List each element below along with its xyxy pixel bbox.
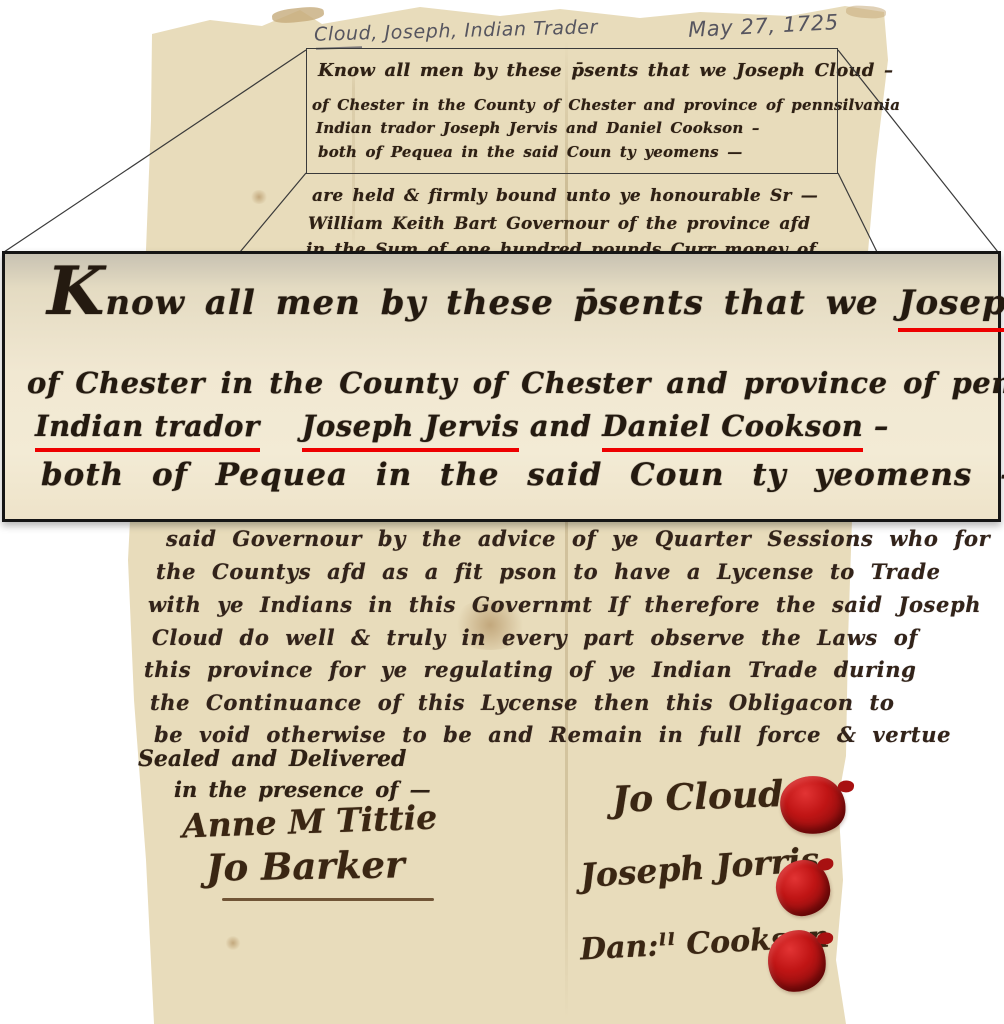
paper-stain [250, 190, 268, 204]
underlined-name-daniel-cookson: Daniel Cookson [602, 409, 863, 452]
magnified-text: Know all men by these p̄sents that we [47, 283, 898, 323]
magnifier-inset: Know all men by these p̄sents that we Jo… [2, 251, 1001, 522]
underlined-name-joseph-cloud: Joseph Cloud [898, 283, 1004, 332]
magnified-line: Know all men by these p̄sents that we Jo… [47, 276, 1004, 323]
document-line: William Keith Bart Governour of the prov… [308, 214, 810, 234]
document-line: be void otherwise to be and Remain in fu… [154, 722, 951, 747]
document-line: the Countys afd as a fit pson to have a … [156, 559, 941, 584]
magnified-text: and [519, 409, 602, 443]
magnified-line: both of Pequea in the said Coun ty yeome… [41, 457, 1004, 493]
document-line: are held & firmly bound unto ye honourab… [312, 186, 818, 206]
attestation-line: Sealed and Delivered [138, 746, 406, 772]
underlined-name-joseph-jervis: Joseph Jervis [302, 409, 519, 452]
signature-flourish [222, 898, 434, 901]
paper-stain [225, 936, 241, 950]
underlined-name-indian-trador: Indian trador [35, 409, 260, 452]
signature-jo-cloud: Jo Cloud [611, 773, 784, 821]
magnified-text: – [863, 409, 889, 443]
manuscript-photo: Cloud, Joseph, Indian Trader May 27, 172… [0, 0, 1004, 1024]
magnified-line: Indian tradorJoseph Jervis and Daniel Co… [35, 409, 889, 443]
document-line: the Continuance of this Lycense then thi… [150, 690, 894, 715]
magnified-line: of Chester in the County of Chester and … [27, 366, 1004, 400]
document-line: said Governour by the advice of ye Quart… [166, 526, 990, 551]
witness-signature-jo-barker: Jo Barker [206, 842, 405, 889]
magnifier-source-box [306, 48, 838, 174]
document-line: with ye Indians in this Governmt If ther… [148, 592, 981, 617]
document-line: this province for ye regulating of ye In… [144, 657, 916, 682]
document-line: Cloud do well & truly in every part obse… [152, 625, 918, 650]
